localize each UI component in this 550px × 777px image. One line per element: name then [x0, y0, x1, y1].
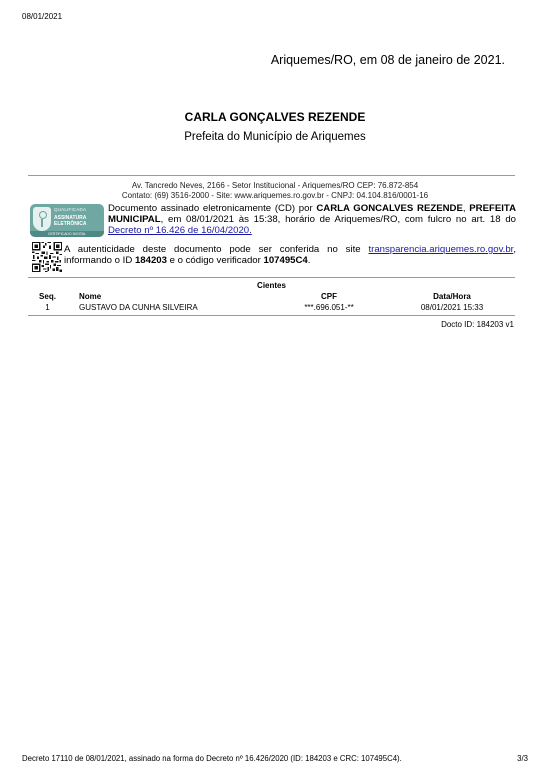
contact-line: Contato: (69) 3516-2000 - Site: www.ariq…	[0, 191, 550, 201]
address-block: Av. Tancredo Neves, 2166 - Setor Institu…	[0, 181, 550, 201]
column-header-nome: Nome	[65, 291, 269, 302]
badge-top-label: QUALIFICADA	[54, 207, 86, 212]
qr-code-icon	[32, 242, 62, 272]
column-header-data-hora: Data/Hora	[389, 291, 515, 302]
signature-signer: CARLA GONCALVES REZENDE	[316, 203, 463, 214]
auth-suffix: .	[308, 255, 311, 266]
page-number: 3/3	[517, 754, 528, 763]
key-shield-icon	[33, 207, 51, 231]
address-line: Av. Tancredo Neves, 2166 - Setor Institu…	[0, 181, 550, 191]
cell-data-hora: 08/01/2021 15:33	[389, 302, 515, 313]
signer-name: CARLA GONÇALVES REZENDE	[0, 110, 550, 124]
signature-prefix: Documento assinado eletronicamente (CD) …	[108, 203, 316, 214]
cell-cpf: ***.696.051-**	[269, 302, 389, 313]
table-header-row: Seq. Nome CPF Data/Hora	[30, 291, 515, 302]
place-date: Ariquemes/RO, em 08 de janeiro de 2021.	[271, 53, 505, 67]
document-id: 184203	[135, 255, 167, 266]
auth-middle2: e o código verificador	[167, 255, 264, 266]
badge-bottom-label: CERTIFICADO DIGITAL	[30, 231, 104, 237]
table-row: 1 GUSTAVO DA CUNHA SILVEIRA ***.696.051-…	[30, 302, 515, 313]
signature-notice: QUALIFICADA ASSINATURA ELETRÔNICA CERTIF…	[30, 203, 516, 239]
badge-title: ASSINATURA ELETRÔNICA	[54, 215, 104, 227]
transparency-link[interactable]: transparencia.ariquemes.ro.gov.br	[368, 244, 513, 255]
signature-badge: QUALIFICADA ASSINATURA ELETRÔNICA CERTIF…	[30, 204, 104, 237]
document-version-id: Docto ID: 184203 v1	[441, 320, 514, 329]
cientes-title: Cientes	[28, 281, 515, 290]
cell-nome: GUSTAVO DA CUNHA SILVEIRA	[65, 302, 269, 313]
print-date: 08/01/2021	[22, 12, 62, 21]
cientes-table: Seq. Nome CPF Data/Hora 1 GUSTAVO DA CUN…	[30, 291, 515, 313]
column-header-seq: Seq.	[30, 291, 65, 302]
auth-prefix: A autenticidade deste documento pode ser…	[64, 244, 368, 255]
divider	[28, 315, 515, 316]
signature-middle: , em 08/01/2021 às 15:38, horário de Ari…	[161, 214, 516, 225]
authenticity-text: A autenticidade deste documento pode ser…	[64, 244, 516, 266]
footer-text: Decreto 17110 de 08/01/2021, assinado na…	[22, 754, 402, 763]
decree-link[interactable]: Decreto nº 16.426 de 16/04/2020.	[108, 225, 252, 236]
divider	[28, 277, 515, 278]
verification-code: 107495C4	[263, 255, 307, 266]
authenticity-notice: A autenticidade deste documento pode ser…	[30, 242, 516, 274]
divider	[28, 175, 515, 176]
cell-seq: 1	[30, 302, 65, 313]
signature-text: Documento assinado eletronicamente (CD) …	[108, 203, 516, 236]
organization-name: Prefeita do Município de Ariquemes	[0, 131, 550, 143]
column-header-cpf: CPF	[269, 291, 389, 302]
